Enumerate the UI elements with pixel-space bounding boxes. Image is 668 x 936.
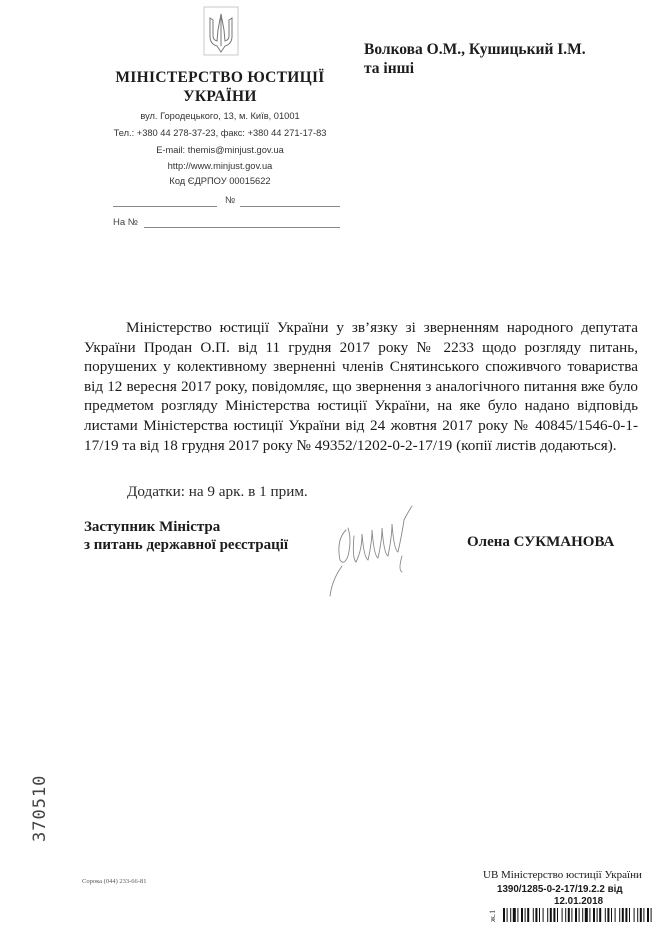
ministry-title-line2: УКРАЇНИ bbox=[60, 88, 380, 106]
signatory-name: Олена СУКМАНОВА bbox=[467, 534, 614, 551]
signatory-position-line2: з питань державної реєстрації bbox=[84, 537, 288, 554]
stamp-side-label: ж.1 bbox=[487, 910, 497, 922]
addressee-line1: Волкова О.М., Кушицький І.М. bbox=[364, 41, 586, 59]
signatory-position-line1: Заступник Міністра bbox=[84, 519, 220, 536]
reply-to-label: На № bbox=[113, 217, 138, 228]
stamp-org: UB Міністерство юстиції України bbox=[483, 869, 642, 881]
executor-contact: Сорока (044) 233-66-81 bbox=[82, 878, 146, 885]
attachments-note: Додатки: на 9 арк. в 1 прим. bbox=[127, 483, 308, 501]
letter-body: Міністерство юстиції України у зв’язку з… bbox=[84, 318, 638, 455]
barcode-icon bbox=[503, 908, 653, 922]
ministry-edrpou: Код ЄДРПОУ 00015622 bbox=[60, 176, 380, 186]
trident-coat-of-arms-icon bbox=[203, 6, 239, 56]
ministry-phone-fax: Тел.: +380 44 278-37-23, факс: +380 44 2… bbox=[60, 128, 380, 138]
body-paragraph: Міністерство юстиції України у зв’язку з… bbox=[84, 318, 638, 455]
stamp-date: 12.01.2018 bbox=[554, 896, 603, 907]
stamp-reg-number: 1390/1285-0-2-17/19.2.2 від bbox=[497, 884, 623, 895]
ministry-website: http://www.minjust.gov.ua bbox=[60, 161, 380, 171]
reply-to-field bbox=[144, 227, 340, 228]
outgoing-date-field bbox=[113, 206, 217, 207]
ministry-title-line1: МІНІСТЕРСТВО ЮСТИЦІЇ bbox=[60, 69, 380, 87]
ministry-email: E-mail: themis@minjust.gov.ua bbox=[60, 145, 380, 155]
ministry-address: вул. Городецького, 13, м. Київ, 01001 bbox=[60, 111, 380, 121]
outgoing-number-label: № bbox=[225, 195, 235, 206]
handwritten-signature-icon bbox=[318, 500, 438, 600]
outgoing-number-field bbox=[240, 206, 340, 207]
addressee-line2: та інші bbox=[364, 60, 414, 78]
registration-number: 370510 bbox=[30, 775, 50, 842]
